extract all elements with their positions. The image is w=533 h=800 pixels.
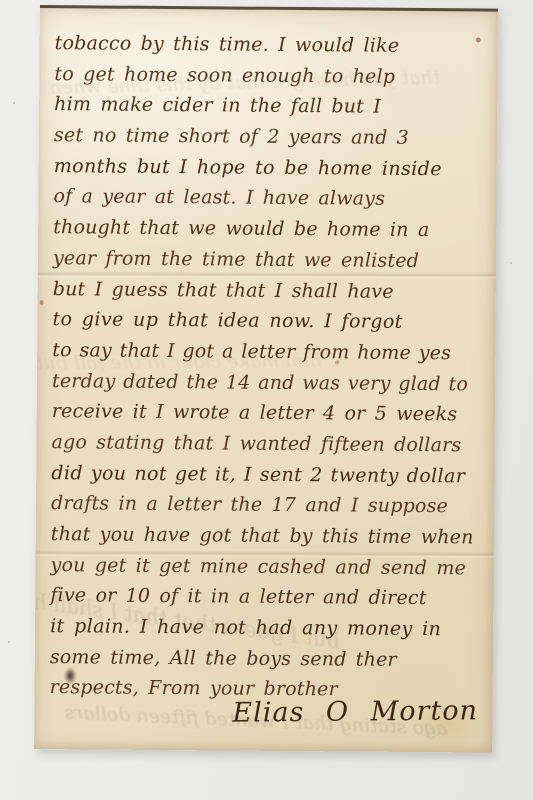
letter-line: terday dated the 14 and was very glad to	[52, 366, 487, 400]
letter-line: months but I hope to be home inside	[54, 151, 489, 185]
letter-line: to give up that idea now. I forgot	[52, 304, 487, 338]
letter-line: drafts in a letter the 17 and I suppose	[51, 488, 486, 522]
letter-line: it plain. I have not had any money in	[50, 611, 485, 645]
letter-line: of a year at least. I have always	[53, 182, 488, 216]
letter-line: receive it I wrote a letter 4 or 5 weeks	[52, 396, 487, 430]
scanned-letter: that you have got that by this time when…	[0, 0, 533, 800]
dust-speck	[8, 641, 10, 643]
letter-line: five or 10 of it in a letter and direct	[50, 580, 485, 614]
letter-line: did you not get it, I sent 2 twenty doll…	[51, 458, 486, 492]
letter-page: that you have got that by this time when…	[34, 5, 498, 753]
signature: Elias O Morton	[233, 695, 479, 728]
dust-speck	[13, 102, 15, 104]
letter-body: tobacco by this time. I would liketo get…	[50, 28, 490, 707]
letter-line: him make cider in the fall but I	[54, 89, 489, 123]
letter-line: you get it get mine cashed and send me	[50, 550, 485, 584]
letter-line: tobacco by this time. I would like	[55, 28, 490, 62]
letter-line: but I guess that that I shall have	[53, 274, 488, 308]
letter-line: year from the time that we enlisted	[53, 243, 488, 277]
letter-line: to get home soon enough to help	[54, 59, 489, 93]
letter-line: to say that I got a letter from home yes	[52, 335, 487, 369]
letter-line: that you have got that by this time when	[51, 519, 486, 553]
letter-line: thought that we would be home in a	[53, 212, 488, 246]
letter-line: set no time short of 2 years and 3	[54, 120, 489, 154]
letter-line: ago stating that I wanted fifteen dollar…	[51, 427, 486, 461]
dust-speck	[510, 262, 512, 264]
stain	[40, 300, 44, 305]
letter-line: some time, All the boys send ther	[50, 642, 485, 676]
